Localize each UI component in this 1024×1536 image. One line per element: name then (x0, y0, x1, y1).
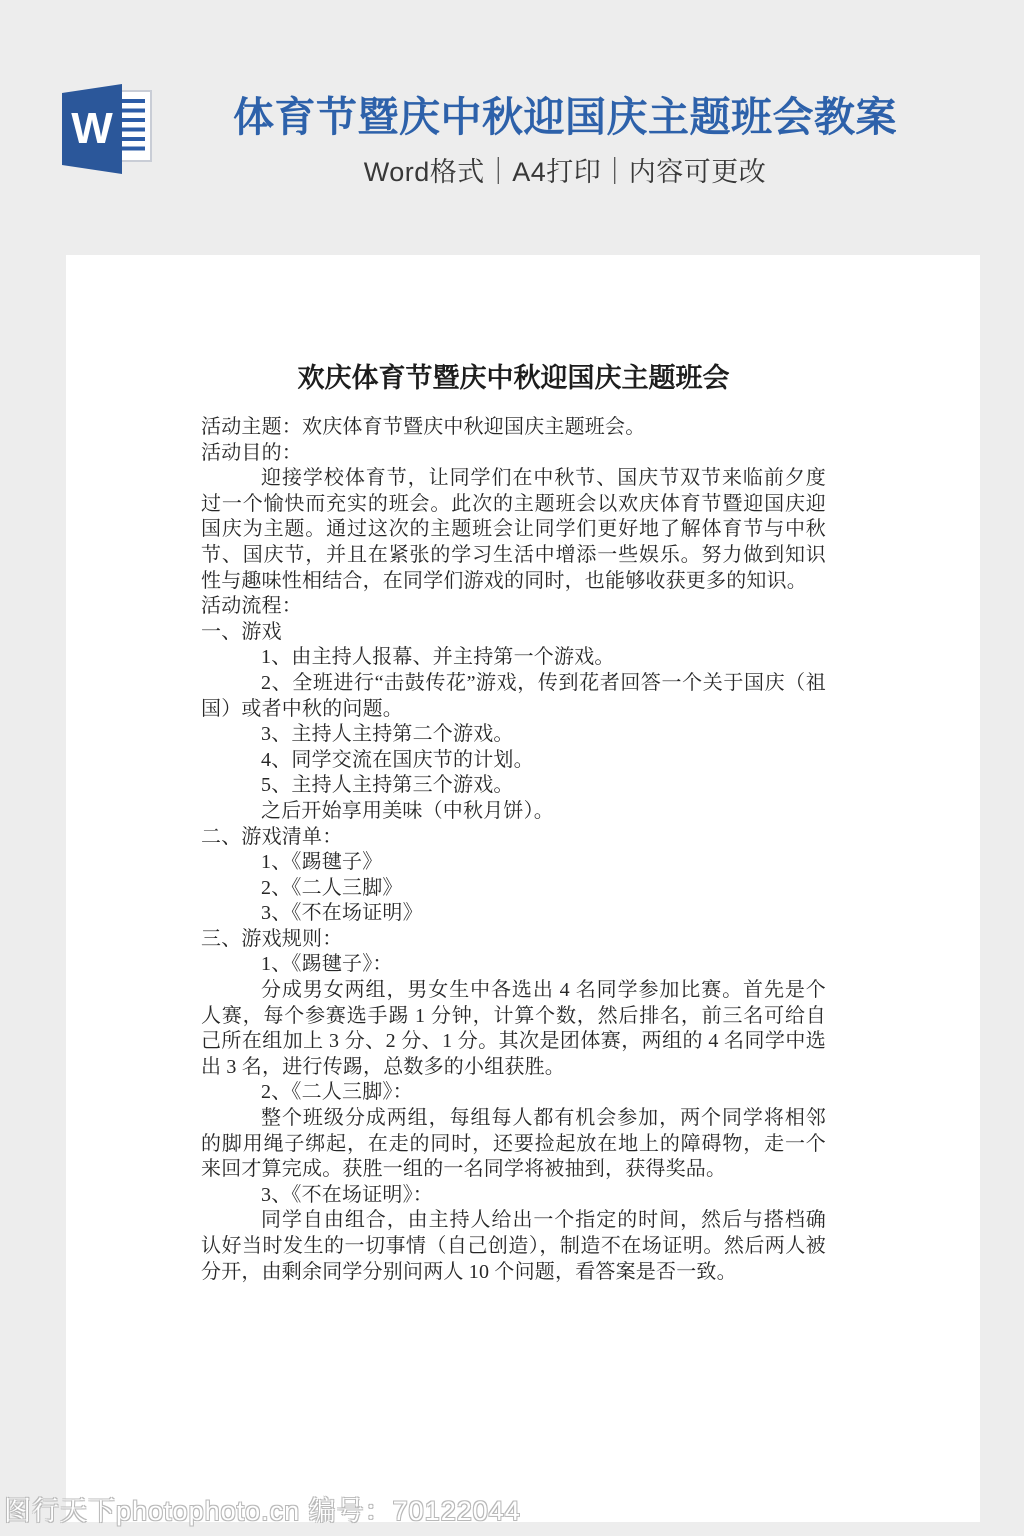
document-body: 活动主题：欢庆体育节暨庆中秋迎国庆主题班会。 活动目的： 迎接学校体育节，让同学… (201, 415, 826, 1285)
doc-paragraph: 2、全班进行“击鼓传花”游戏，传到花者回答一个关于国庆（祖国）或者中秋的问题。 (201, 671, 826, 722)
doc-paragraph: 3、《不在场证明》 (201, 901, 826, 927)
doc-paragraph: 3、《不在场证明》： (201, 1183, 826, 1209)
doc-paragraph: 二、游戏清单： (201, 825, 826, 851)
doc-paragraph: 之后开始享用美味（中秋月饼）。 (201, 799, 826, 825)
page-subtitle: Word格式｜A4打印｜内容可更改 (200, 150, 930, 189)
doc-paragraph: 5、主持人主持第三个游戏。 (201, 773, 826, 799)
doc-paragraph: 三、游戏规则： (201, 927, 826, 953)
doc-paragraph: 2、《二人三脚》 (201, 876, 826, 902)
doc-paragraph: 整个班级分成两组，每组每人都有机会参加，两个同学将相邻的脚用绳子绑起，在走的同时… (201, 1106, 826, 1183)
doc-paragraph: 1、《踢毽子》： (201, 952, 826, 978)
watermark: 图行天下photophoto.cn 编号：70122044 (4, 1489, 521, 1528)
word-icon: W (62, 84, 154, 174)
doc-paragraph: 2、《二人三脚》： (201, 1080, 826, 1106)
page-title: 体育节暨庆中秋迎国庆主题班会教案 (200, 94, 930, 141)
header: W 体育节暨庆中秋迎国庆主题班会教案 Word格式｜A4打印｜内容可更改 (0, 0, 1024, 255)
doc-paragraph: 活动主题：欢庆体育节暨庆中秋迎国庆主题班会。 (201, 415, 826, 441)
doc-paragraph: 4、同学交流在国庆节的计划。 (201, 748, 826, 774)
doc-paragraph: 1、《踢毽子》 (201, 850, 826, 876)
doc-paragraph: 迎接学校体育节，让同学们在中秋节、国庆节双节来临前夕度过一个愉快而充实的班会。此… (201, 466, 826, 594)
word-icon-letter: W (71, 107, 113, 151)
doc-paragraph: 活动流程： (201, 594, 826, 620)
document-content: 欢庆体育节暨庆中秋迎国庆主题班会 活动主题：欢庆体育节暨庆中秋迎国庆主题班会。 … (66, 255, 980, 1285)
doc-paragraph: 1、由主持人报幕、并主持第一个游戏。 (201, 645, 826, 671)
header-text: 体育节暨庆中秋迎国庆主题班会教案 Word格式｜A4打印｜内容可更改 (200, 94, 930, 189)
document-title: 欢庆体育节暨庆中秋迎国庆主题班会 (201, 363, 826, 393)
document-page: 欢庆体育节暨庆中秋迎国庆主题班会 活动主题：欢庆体育节暨庆中秋迎国庆主题班会。 … (66, 255, 980, 1522)
doc-paragraph: 同学自由组合，由主持人给出一个指定的时间，然后与搭档确认好当时发生的一切事情（自… (201, 1208, 826, 1285)
word-icon-slab: W (62, 84, 122, 174)
doc-paragraph: 分成男女两组，男女生中各选出 4 名同学参加比赛。首先是个人赛，每个参赛选手踢 … (201, 978, 826, 1080)
doc-paragraph: 活动目的： (201, 441, 826, 467)
doc-paragraph: 一、游戏 (201, 620, 826, 646)
doc-paragraph: 3、主持人主持第二个游戏。 (201, 722, 826, 748)
